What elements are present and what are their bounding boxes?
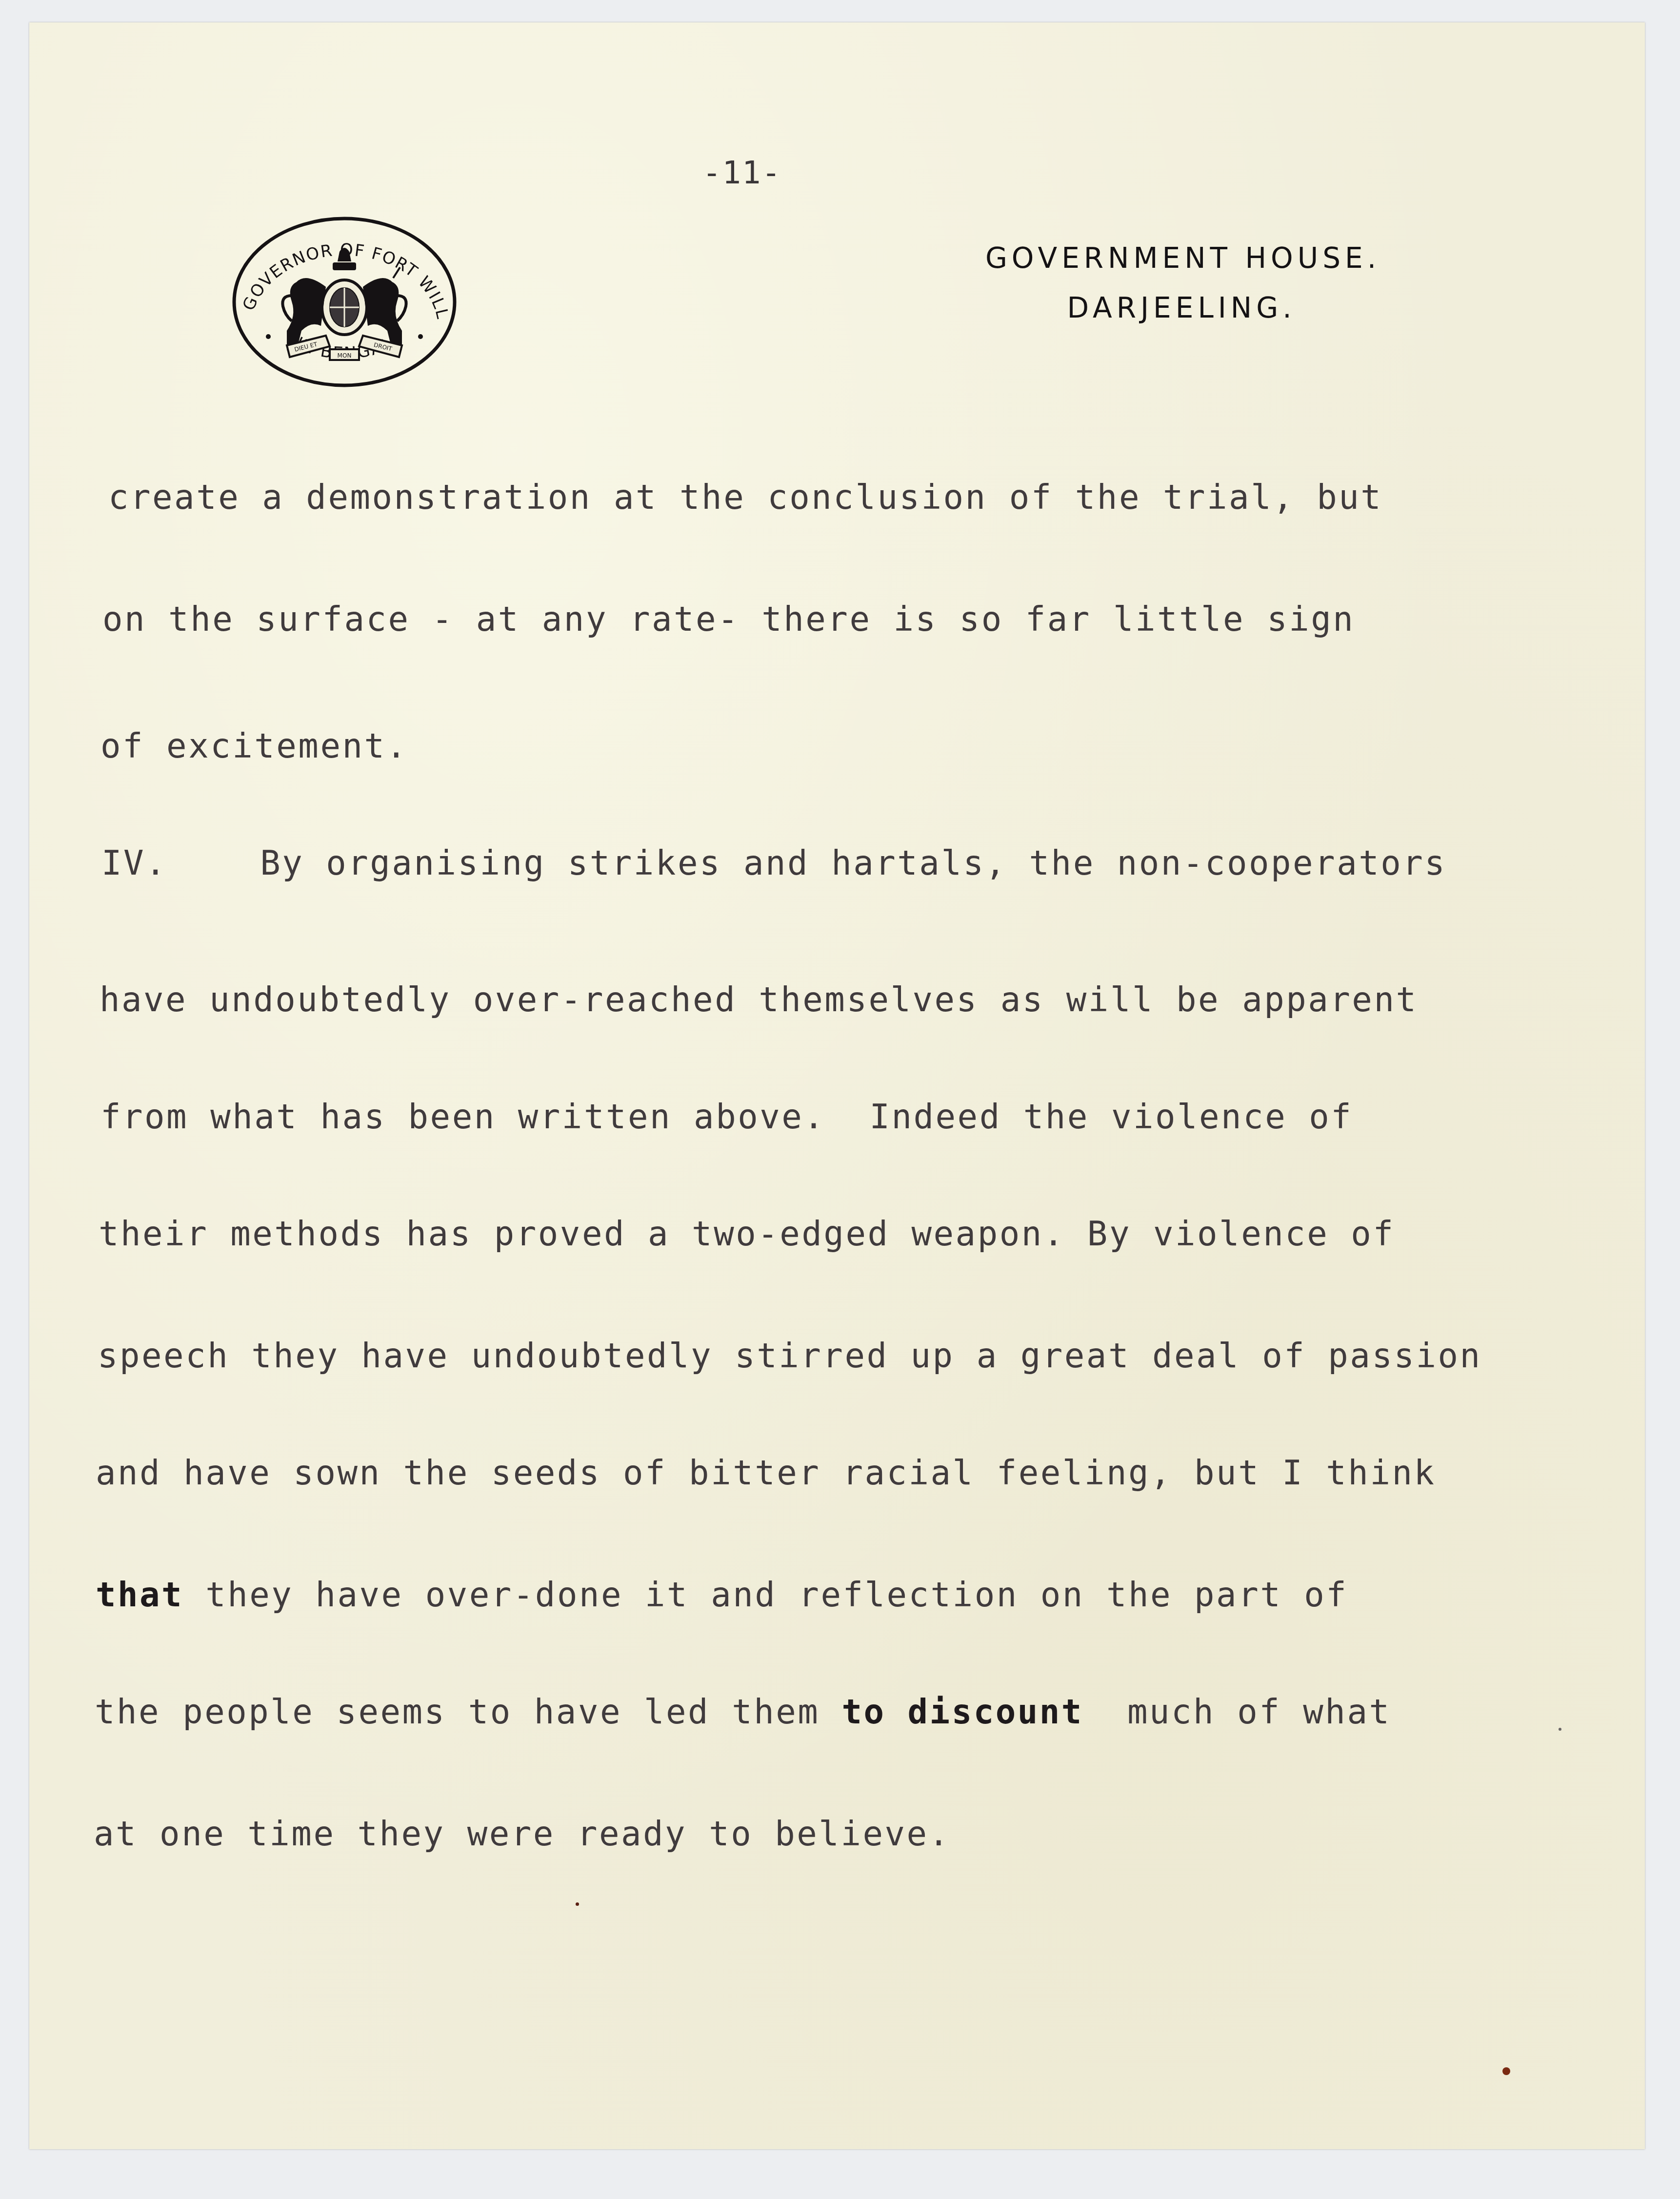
body-line-5: have undoubtedly over-reached themselves… xyxy=(100,983,1418,1017)
ink-spot xyxy=(1502,2067,1510,2075)
body-line-10: that they have over-done it and reflecti… xyxy=(96,1579,1348,1612)
body-line-8: speech they have undoubtedly stirred up … xyxy=(98,1339,1482,1373)
body-line-9: and have sown the seeds of bitter racial… xyxy=(96,1457,1436,1490)
body-line-2: on the surface - at any rate- there is s… xyxy=(102,603,1355,637)
body-line-7: their methods has proved a two-edged wea… xyxy=(99,1218,1395,1251)
body-line-4: IV.By organising strikes and hartals, th… xyxy=(101,847,1446,880)
body-line-3: of excitement. xyxy=(100,730,408,763)
body-line-6: from what has been written above. Indeed… xyxy=(100,1100,1353,1134)
body-line-12: at one time they were ready to believe. xyxy=(94,1818,951,1851)
body-line-11: the people seems to have led them to dis… xyxy=(95,1696,1391,1729)
ink-speck xyxy=(1559,1728,1561,1731)
body-line-1: create a demonstration at the conclusion… xyxy=(108,481,1382,515)
section-number: IV. xyxy=(101,844,167,883)
typed-body: create a demonstration at the conclusion… xyxy=(0,0,1680,2199)
ink-speck xyxy=(576,1902,579,1906)
